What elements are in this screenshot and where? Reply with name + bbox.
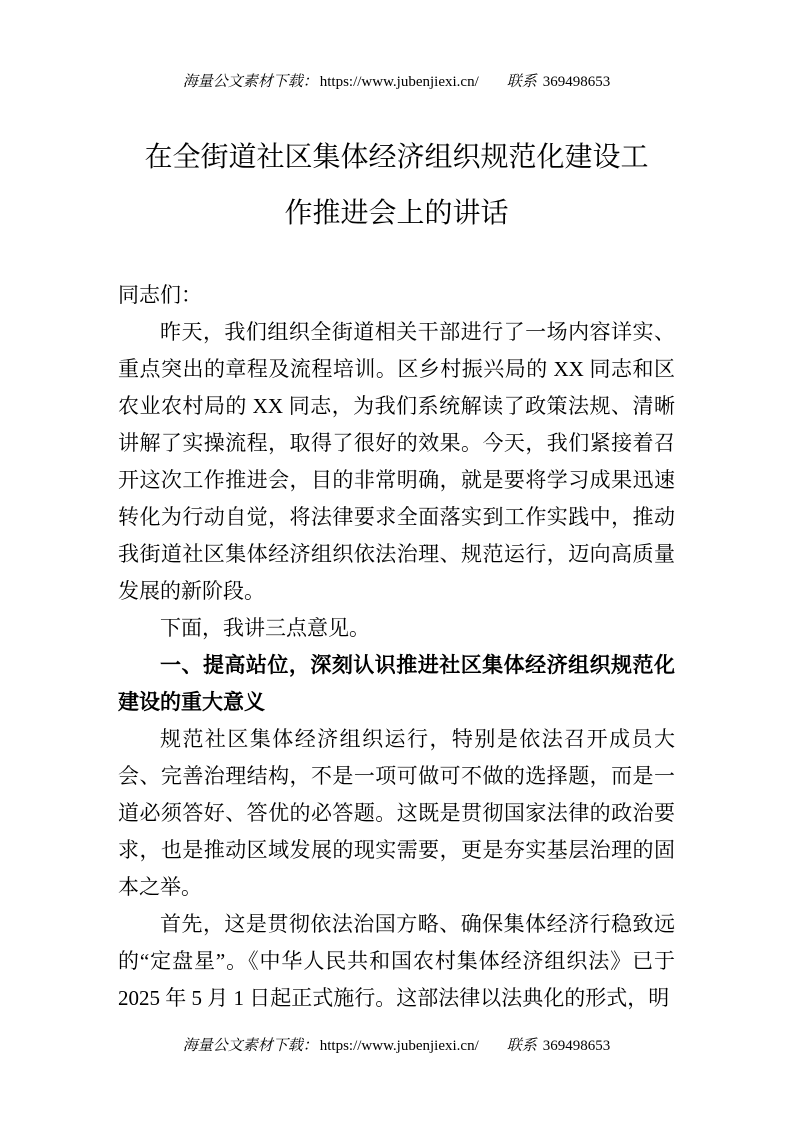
document-body: 同志们：昨天，我们组织全街道相关干部进行了一场内容详实、重点突出的章程及流程培训… <box>118 277 675 1017</box>
section-heading: 一、提高站位，深刻认识推进社区集体经济组织规范化建设的重大意义 <box>118 647 675 721</box>
paragraph: 同志们： <box>118 277 675 314</box>
footer-url: https://www.jubenjiexi.cn/ <box>320 1038 479 1054</box>
header-contact-number: 369498653 <box>543 74 611 90</box>
paragraph: 规范社区集体经济组织运行，特别是依法召开成员大会、完善治理结构，不是一项可做可不… <box>118 721 675 906</box>
header-source-label: 海量公文素材下载： <box>183 74 318 90</box>
paragraph: 首先，这是贯彻依法治国方略、确保集体经济行稳致远的“定盘星”。《中华人民共和国农… <box>118 906 675 1017</box>
header-contact-label: 联系 <box>507 74 537 90</box>
page-footer: 海量公文素材下载：https://www.jubenjiexi.cn/联系369… <box>0 1036 793 1056</box>
page-header: 海量公文素材下载：https://www.jubenjiexi.cn/联系369… <box>0 72 793 92</box>
header-url: https://www.jubenjiexi.cn/ <box>320 74 479 90</box>
footer-contact-label: 联系 <box>507 1038 537 1054</box>
document-page: 海量公文素材下载：https://www.jubenjiexi.cn/联系369… <box>0 0 793 1122</box>
footer-contact-number: 369498653 <box>543 1038 611 1054</box>
footer-source-label: 海量公文素材下载： <box>183 1038 318 1054</box>
document-title: 在全街道社区集体经济组织规范化建设工作推进会上的讲话 <box>141 130 653 242</box>
paragraph: 下面，我讲三点意见。 <box>118 610 675 647</box>
paragraph: 昨天，我们组织全街道相关干部进行了一场内容详实、重点突出的章程及流程培训。区乡村… <box>118 314 675 610</box>
